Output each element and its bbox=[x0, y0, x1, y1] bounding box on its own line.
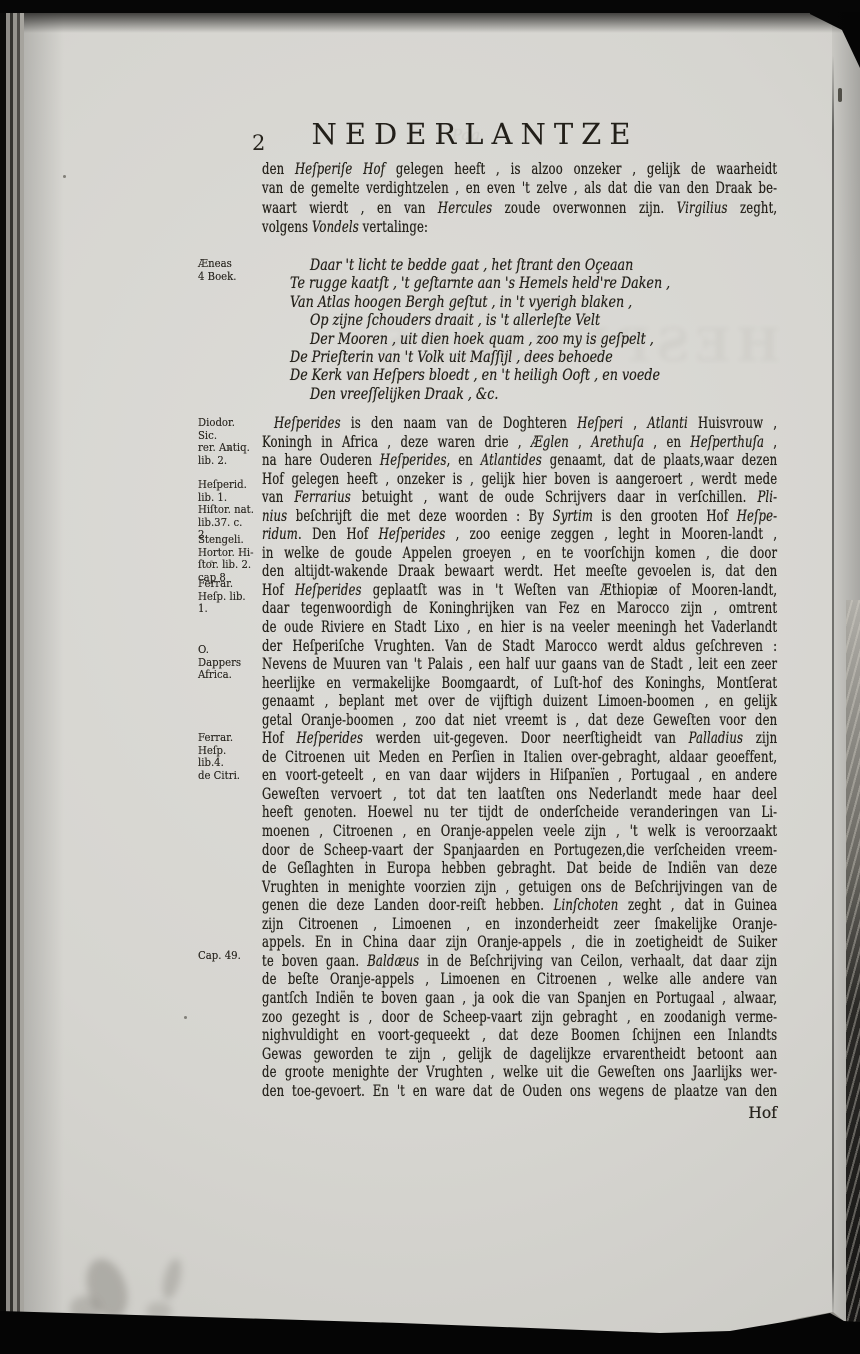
poem-line: De Kerk van Heſpers bloedt , en 't heili… bbox=[290, 366, 670, 384]
body-line: de Geſlaghten in Europa hebben gebraght.… bbox=[262, 859, 777, 878]
poem-line: Van Atlas hoogen Bergh geſtut , in 't vy… bbox=[290, 293, 670, 311]
body-line: den toe-gevoert. En 't en ware dat de Ou… bbox=[262, 1082, 777, 1101]
body-line: Geweſten vervoert , tot dat ten laatſten… bbox=[262, 785, 777, 804]
page-crease-line bbox=[832, 55, 834, 1317]
margin-note-line: Stengeli. bbox=[198, 534, 255, 547]
body-line: Heſperides is den naam van de Doghteren … bbox=[262, 414, 777, 433]
margin-note-line: Cap. 49. bbox=[198, 950, 255, 963]
body-line: na hare Ouderen Heſperides, en Atlantide… bbox=[262, 451, 777, 470]
body-line: nighvuldight en voort-gequeekt , dat dez… bbox=[262, 1026, 777, 1045]
body-line: appels. En in China daar zijn Oranje-app… bbox=[262, 933, 777, 952]
body-line: zijn Citroenen , Limoenen , en inzonderh… bbox=[262, 915, 777, 934]
poem-line: Daar 't licht te bedde gaat , het ſtrant… bbox=[310, 256, 674, 274]
scan-top-border bbox=[0, 0, 860, 13]
body-line: van Ferrarius betuight , want de oude Sc… bbox=[262, 488, 777, 507]
intro-line: waart wierdt , en van Hercules zoude ove… bbox=[262, 199, 777, 218]
margin-note-line: Diodor. Sic. bbox=[198, 417, 255, 442]
body-line: heeft genoten. Hoewel nu ter tijdt de on… bbox=[262, 803, 777, 822]
book-page-scan: HESPERIDES Pag. 2 NEDERLANTZE den Heſper… bbox=[0, 0, 860, 1354]
intro-paragraph: den Heſperiſe Hof gelegen heeft , is alz… bbox=[262, 160, 860, 238]
running-header-title: NEDERLANTZE bbox=[150, 117, 800, 151]
margin-note-line: de Citri. bbox=[198, 770, 255, 783]
body-line: genaamt , beplant met over de vijftigh d… bbox=[262, 692, 777, 711]
margin-note-line: ſtor. lib. 2. bbox=[198, 559, 255, 572]
body-line: moenen , Citroenen , en Oranje-appelen v… bbox=[262, 822, 777, 841]
margin-note-line: Hiſtor. nat. bbox=[198, 504, 255, 517]
margin-note-line: lib. 2. bbox=[198, 455, 255, 468]
intro-line: volgens Vondels vertalinge: bbox=[262, 218, 777, 237]
ink-speck bbox=[184, 1016, 187, 1019]
body-line: de groote menighte der Vrughten , welke … bbox=[262, 1063, 777, 1082]
body-line: ridum. Den Hof Heſperides , zoo eenige z… bbox=[262, 525, 777, 544]
poem-line: Den vreeſſelijken Draak , &c. bbox=[310, 385, 674, 403]
poem-line: De Prieſterin van 't Volk uit Maſſijl , … bbox=[290, 348, 670, 366]
body-line: te boven gaan. Baldæus in de Beſchrijvin… bbox=[262, 952, 777, 971]
body-line: de Citroenen uit Meden en Perſien in Ita… bbox=[262, 748, 777, 767]
fore-edge-pages bbox=[846, 600, 860, 1340]
binding-edge bbox=[0, 0, 24, 1354]
body-line: en voort-geteelt , en van daar wijders i… bbox=[262, 766, 777, 785]
binding-shadow bbox=[22, 12, 64, 1354]
ink-speck bbox=[210, 560, 213, 563]
margin-note: Ferrar.Heſp. lib. 1. bbox=[198, 578, 255, 616]
poem-quotation: Daar 't licht te bedde gaat , het ſtrant… bbox=[290, 256, 754, 403]
intro-line: den Heſperiſe Hof gelegen heeft , is alz… bbox=[262, 160, 777, 179]
body-line: Gewas geworden te zijn , gelijk de dagel… bbox=[262, 1045, 777, 1064]
margin-note: Cap. 49. bbox=[198, 950, 255, 963]
body-line: nius beſchrijft die met deze woorden : B… bbox=[262, 507, 777, 526]
margin-note: Æneas4 Boek. bbox=[198, 258, 255, 283]
margin-note: Diodor. Sic.rer. Antiq.lib. 2. bbox=[198, 417, 255, 467]
margin-note-line: Ferrar. bbox=[198, 578, 255, 591]
margin-note: O. DappersAfrica. bbox=[198, 644, 255, 682]
body-line: Hof Heſperides werden uit-gegeven. Door … bbox=[262, 729, 777, 748]
ink-speck bbox=[228, 447, 231, 450]
intro-line: van de gemelte verdightzelen , en even '… bbox=[262, 179, 777, 198]
margin-note-line: Heſp. lib.4. bbox=[198, 745, 255, 770]
margin-note-line: 4 Boek. bbox=[198, 271, 255, 284]
poem-line: Der Mooren , uit dien hoek quam , zoo my… bbox=[310, 330, 674, 348]
body-line: Nevens de Muuren van 't Palais , een hal… bbox=[262, 655, 777, 674]
body-line: genen die deze Landen door-reiſt hebben.… bbox=[262, 896, 777, 915]
body-line: getal Oranje-boomen , zoo dat niet vreem… bbox=[262, 711, 777, 730]
margin-note-line: Æneas bbox=[198, 258, 255, 271]
body-line: gantſch Indiën te boven gaan , ja ook di… bbox=[262, 989, 777, 1008]
main-paragraph: Heſperides is den naam van de Doghteren … bbox=[262, 414, 860, 1100]
body-line: Hof Heſperides geplaatſt was in 't Weſte… bbox=[262, 581, 777, 600]
body-line: Hof gelegen heeft , onzeker is , gelijk … bbox=[262, 470, 777, 489]
body-line: der Heſperiſche Vrughten. Van de Stadt M… bbox=[262, 637, 777, 656]
margin-note-line: Heſp. lib. 1. bbox=[198, 591, 255, 616]
poem-line: Te rugge kaatſt , 't geſtarnte aan 's He… bbox=[290, 274, 670, 292]
poem-line: Op zijne ſchouders draait , is 't allerl… bbox=[310, 311, 674, 329]
margin-note-line: Ferrar. bbox=[198, 732, 255, 745]
body-line: door de Scheep-vaart der Spanjaarden en … bbox=[262, 841, 777, 860]
body-line: Vrughten in menighte voorzien zijn , get… bbox=[262, 878, 777, 897]
body-line: den altijdt-wakende Draak bewaart werdt.… bbox=[262, 562, 777, 581]
margin-note-line: Heſperid. bbox=[198, 479, 255, 492]
margin-note-line: Africa. bbox=[198, 669, 255, 682]
body-line: de oude Riviere en Stadt Lixo , en hier … bbox=[262, 618, 777, 637]
margin-note: Ferrar.Heſp. lib.4.de Citri. bbox=[198, 732, 255, 782]
catchword: Hof bbox=[262, 1104, 777, 1122]
body-line: zoo gezeght is , door de Scheep-vaart zi… bbox=[262, 1008, 777, 1027]
body-line: heerlijke en vermakelijke Boomgaardt, of… bbox=[262, 674, 777, 693]
body-line: Koningh in Africa , deze waren drie , Æg… bbox=[262, 433, 777, 452]
top-edge-shadow bbox=[0, 13, 860, 33]
margin-note-line: rer. Antiq. bbox=[198, 442, 255, 455]
body-line: de beſte Oranje-appels , Limoenen en Cit… bbox=[262, 970, 777, 989]
margin-note-line: O. Dappers bbox=[198, 644, 255, 669]
body-line: in welke de goude Appelen groeyen , en t… bbox=[262, 544, 777, 563]
ink-speck bbox=[63, 175, 66, 178]
body-line: daar tegenwoordigh de Koninghrijken van … bbox=[262, 599, 777, 618]
